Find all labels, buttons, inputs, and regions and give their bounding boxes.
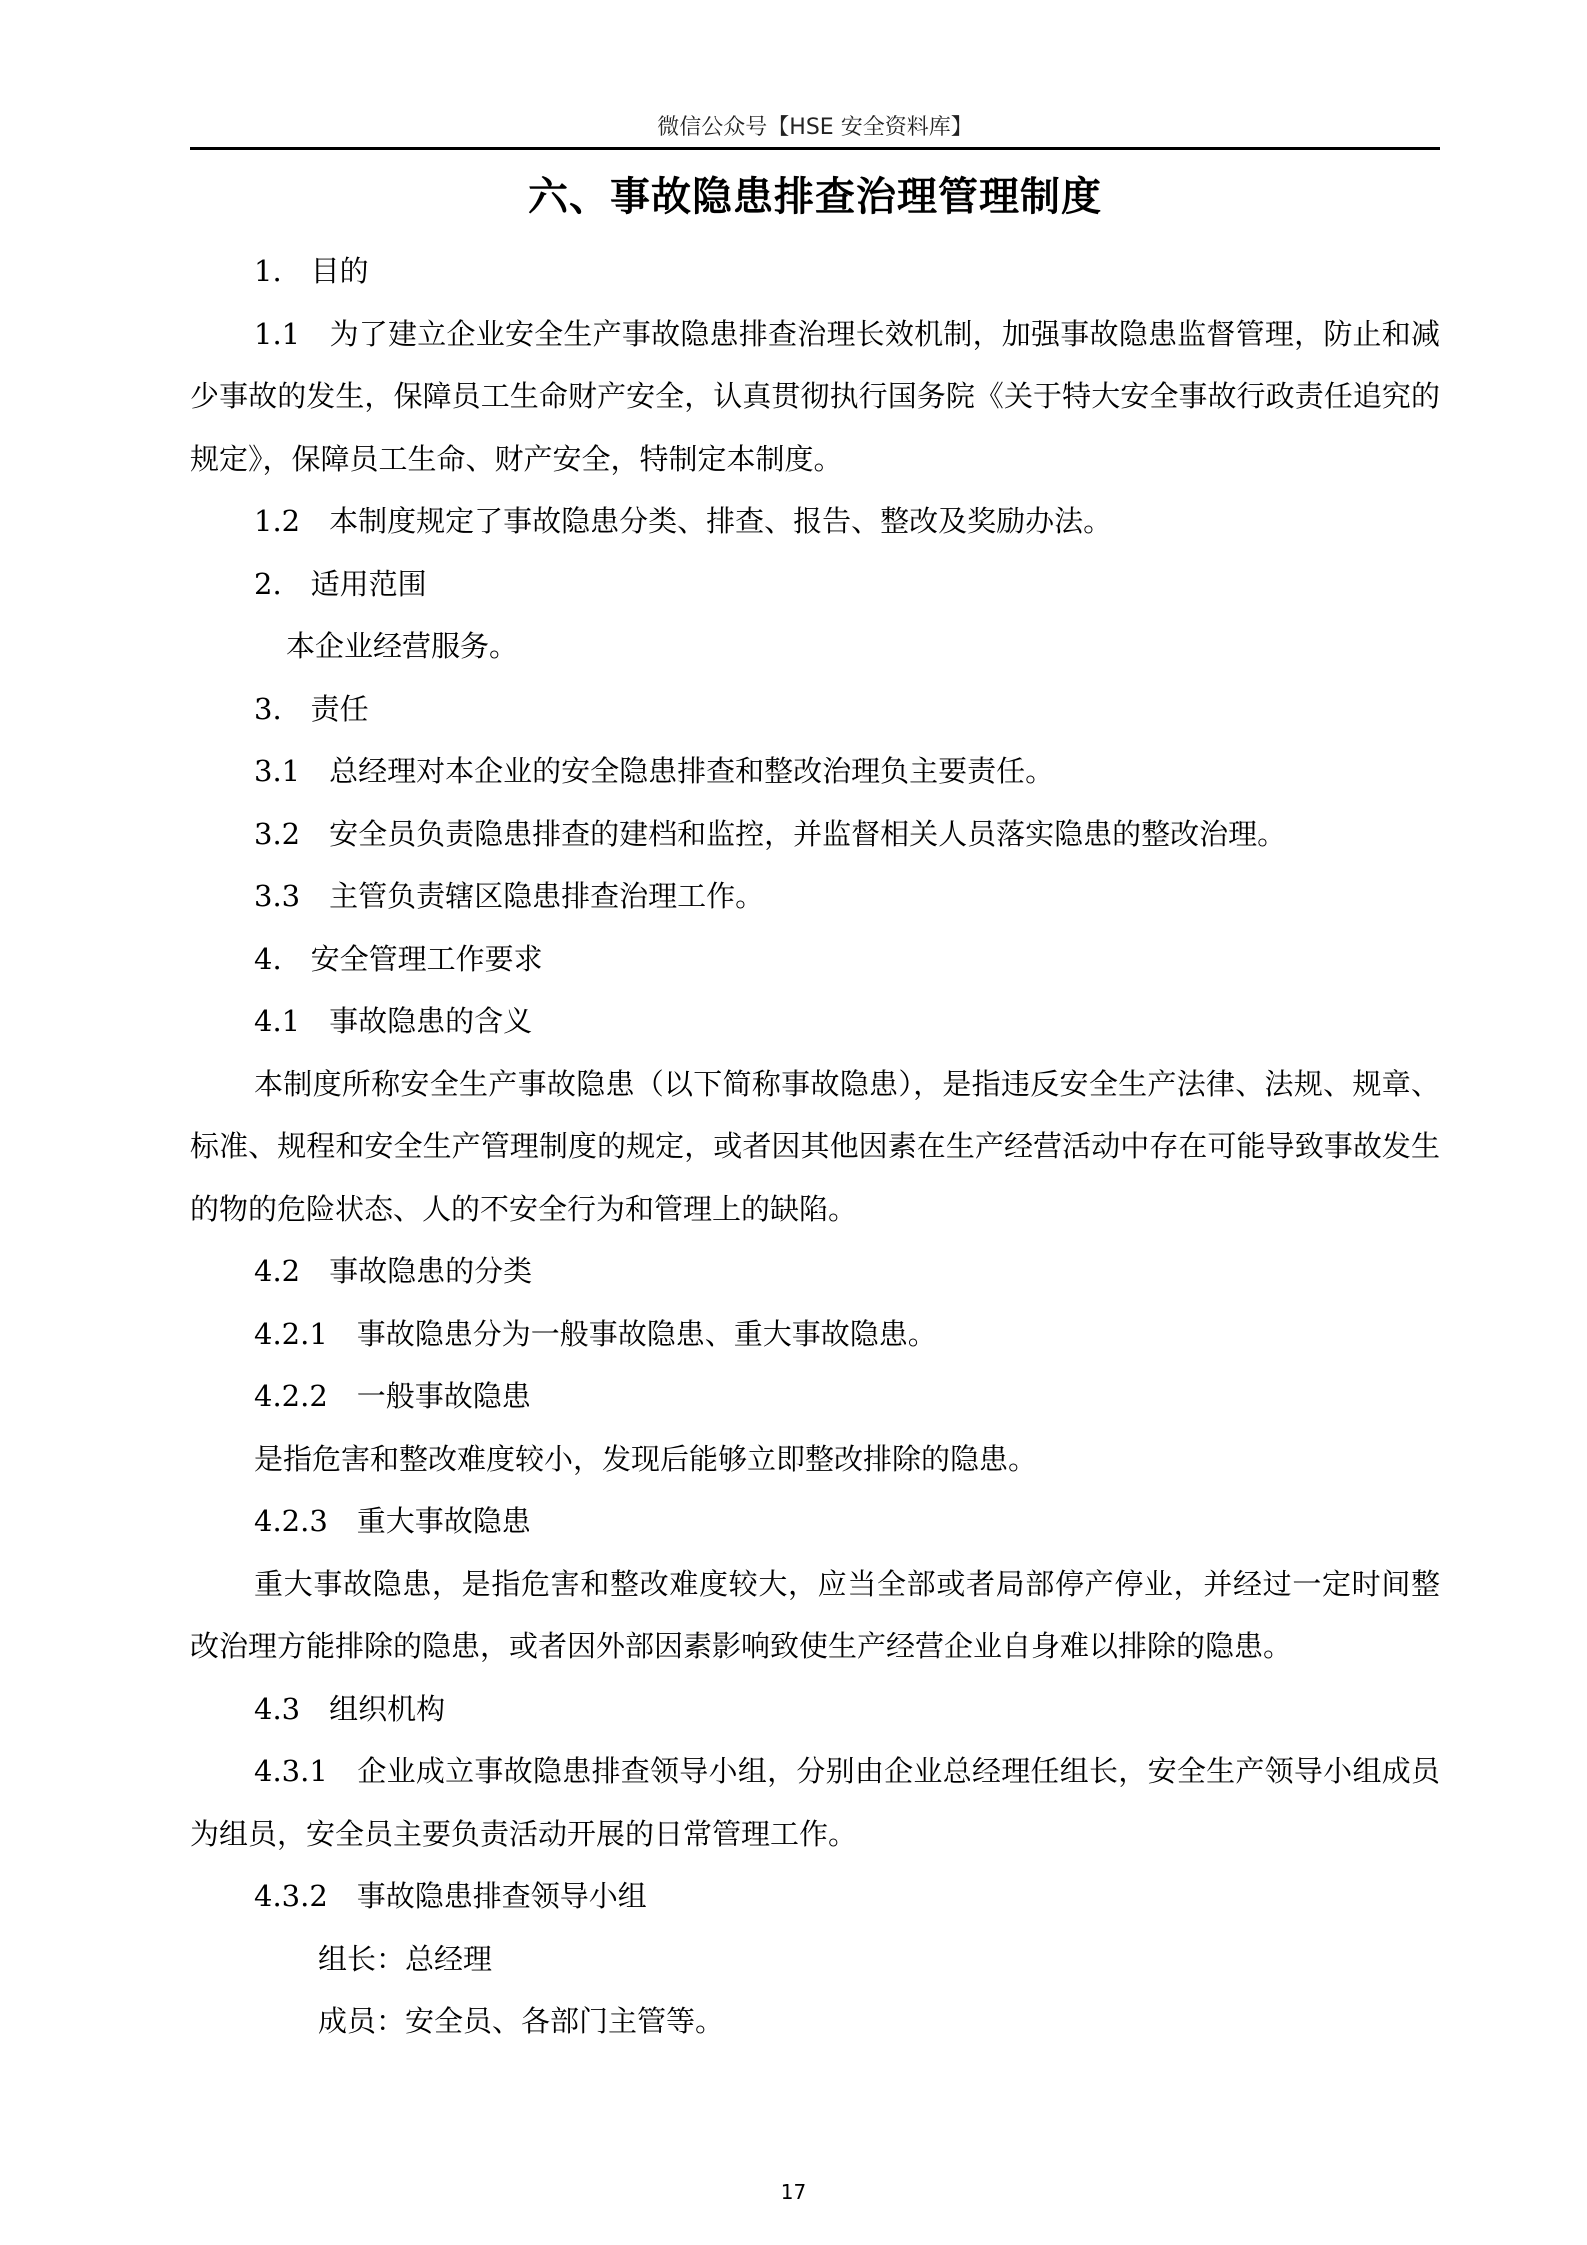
paragraph-1-1: 1.1 为了建立企业安全生产事故隐患排查治理长效机制，加强事故隐患监督管理，防止…	[190, 303, 1440, 491]
paragraph-4-2-1: 4.2.1 事故隐患分为一般事故隐患、重大事故隐患。	[190, 1303, 1440, 1366]
header-divider	[190, 147, 1440, 150]
subheading-4-3: 4.3 组织机构	[190, 1678, 1440, 1741]
paragraph-3-2: 3.2 安全员负责隐患排查的建档和监控，并监督相关人员落实隐患的整改治理。	[190, 803, 1440, 866]
document-title: 六、事故隐患排查治理管理制度	[190, 165, 1440, 222]
team-leader-line: 组长：总经理	[190, 1928, 1440, 1991]
page-number: 17	[0, 2180, 1587, 2204]
section-heading-purpose: 1. 目的	[190, 240, 1440, 303]
section-heading-responsibility: 3. 责任	[190, 678, 1440, 741]
subheading-4-2-3: 4.2.3 重大事故隐患	[190, 1490, 1440, 1553]
subheading-4-2: 4.2 事故隐患的分类	[190, 1240, 1440, 1303]
subheading-4-2-2: 4.2.2 一般事故隐患	[190, 1365, 1440, 1428]
paragraph-1-2: 1.2 本制度规定了事故隐患分类、排查、报告、整改及奖励办法。	[190, 490, 1440, 553]
paragraph-definition: 本制度所称安全生产事故隐患（以下简称事故隐患），是指违反安全生产法律、法规、规章…	[190, 1053, 1440, 1241]
section-heading-scope: 2. 适用范围	[190, 553, 1440, 616]
paragraph-3-3: 3.3 主管负责辖区隐患排查治理工作。	[190, 865, 1440, 928]
paragraph-scope: 本企业经营服务。	[190, 615, 1440, 678]
paragraph-general-hazard: 是指危害和整改难度较小，发现后能够立即整改排除的隐患。	[190, 1428, 1440, 1491]
paragraph-4-3-1: 4.3.1 企业成立事故隐患排查领导小组，分别由企业总经理任组长，安全生产领导小…	[190, 1740, 1440, 1865]
paragraph-major-hazard: 重大事故隐患，是指危害和整改难度较大，应当全部或者局部停产停业，并经过一定时间整…	[190, 1553, 1440, 1678]
subheading-4-3-2: 4.3.2 事故隐患排查领导小组	[190, 1865, 1440, 1928]
section-heading-requirements: 4. 安全管理工作要求	[190, 928, 1440, 991]
page-header: 微信公众号【HSE 安全资料库】	[190, 110, 1440, 141]
paragraph-3-1: 3.1 总经理对本企业的安全隐患排查和整改治理负主要责任。	[190, 740, 1440, 803]
subheading-4-1: 4.1 事故隐患的含义	[190, 990, 1440, 1053]
team-members-line: 成员：安全员、各部门主管等。	[190, 1990, 1440, 2053]
document-body: 1. 目的 1.1 为了建立企业安全生产事故隐患排查治理长效机制，加强事故隐患监…	[190, 240, 1440, 2053]
